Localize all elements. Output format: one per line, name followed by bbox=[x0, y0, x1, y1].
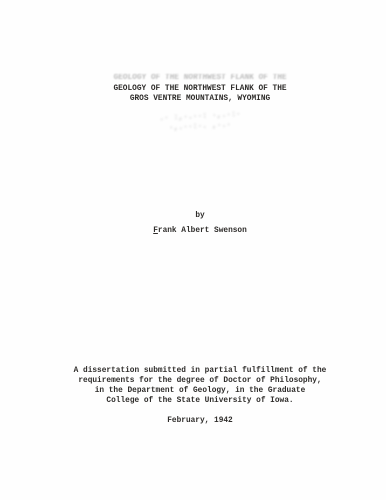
byline-label: by bbox=[14, 212, 386, 220]
statement-line-2: requirements for the degree of Doctor of… bbox=[14, 376, 386, 386]
scanned-title-page: GEOLOGY OF THE NORTHWEST FLANK OF THE GE… bbox=[0, 0, 386, 500]
ghost-overprint-text: GEOLOGY OF THE NORTHWEST FLANK OF THE bbox=[14, 74, 386, 82]
statement-line-1: A dissertation submitted in partial fulf… bbox=[14, 366, 386, 376]
author-name: Frank Albert Swenson bbox=[14, 227, 386, 235]
document-title-line-1: GEOLOGY OF THE NORTHWEST FLANK OF THE bbox=[14, 84, 386, 94]
date-line: February, 1942 bbox=[14, 417, 386, 425]
statement-line-4: College of the State University of Iowa. bbox=[14, 396, 386, 406]
document-title-line-2: GROS VENTRE MOUNTAINS, WYOMING bbox=[14, 94, 386, 104]
statement-line-3: in the Department of Geology, in the Gra… bbox=[14, 386, 386, 396]
